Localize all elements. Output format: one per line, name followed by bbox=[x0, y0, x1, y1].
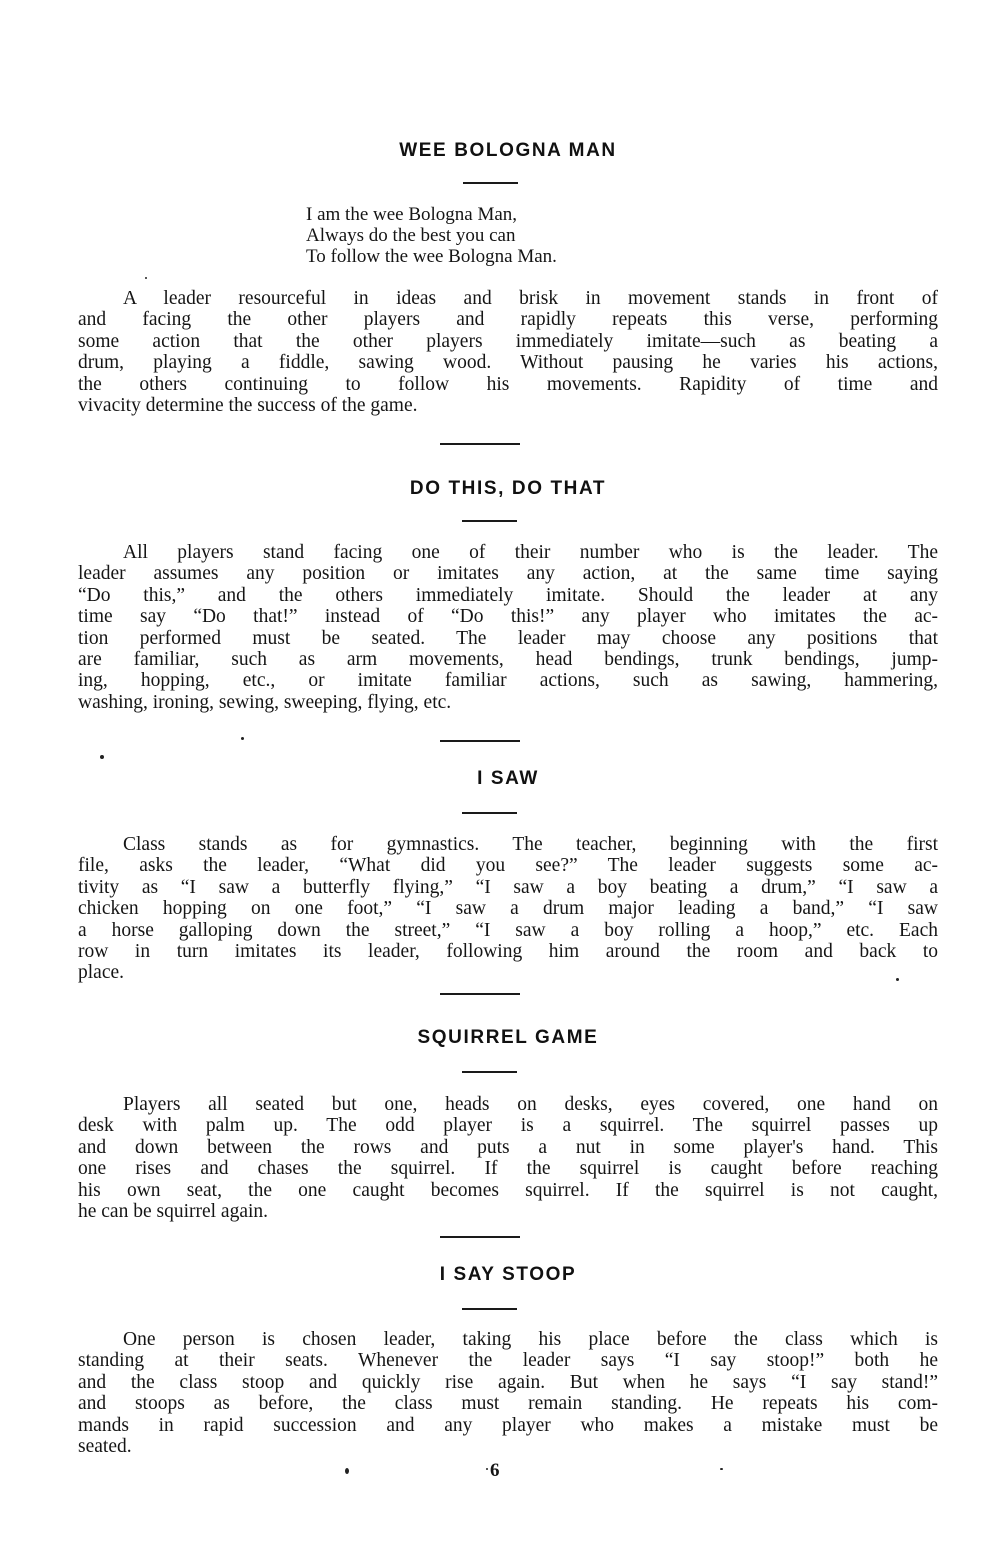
scan-speck bbox=[720, 1468, 723, 1470]
body-line: and down between the rows and puts a nut… bbox=[78, 1137, 938, 1158]
verse-line: Always do the best you can bbox=[306, 225, 557, 246]
body-line: some action that the other players immed… bbox=[78, 331, 938, 352]
scan-speck bbox=[145, 277, 147, 279]
body-line: and facing the other players and rapidly… bbox=[78, 309, 938, 330]
scan-speck bbox=[345, 1468, 349, 1474]
scan-speck bbox=[896, 978, 899, 981]
body-line: One person is chosen leader, taking his … bbox=[78, 1329, 938, 1350]
section-title-do-this-do-that: DO THIS, DO THAT bbox=[0, 478, 1000, 500]
body-line: All players stand facing one of their nu… bbox=[78, 542, 938, 563]
page-number: 6 bbox=[490, 1460, 500, 1482]
section-divider-rule bbox=[440, 740, 520, 742]
title-underline-rule bbox=[462, 1071, 517, 1073]
section-body-i-say-stoop: One person is chosen leader, taking his … bbox=[78, 1329, 938, 1457]
section-title-i-say-stoop: I SAY STOOP bbox=[0, 1264, 1000, 1286]
verse-line: To follow the wee Bologna Man. bbox=[306, 246, 557, 267]
body-line: leader assumes any position or imitates … bbox=[78, 563, 938, 584]
body-line: desk with palm up. The odd player is a s… bbox=[78, 1115, 938, 1136]
body-line: standing at their seats. Whenever the le… bbox=[78, 1350, 938, 1371]
document-page: WEE BOLOGNA MAN I am the wee Bologna Man… bbox=[0, 0, 1000, 1542]
body-line: “Do this,” and the others immediately im… bbox=[78, 585, 938, 606]
body-line: and the class stoop and quickly rise aga… bbox=[78, 1372, 938, 1393]
body-line: mands in rapid succession and any player… bbox=[78, 1415, 938, 1436]
section-title-wee-bologna-man: WEE BOLOGNA MAN bbox=[0, 140, 1000, 162]
section-divider-rule bbox=[440, 443, 520, 445]
body-line: the others continuing to follow his move… bbox=[78, 374, 938, 395]
body-line: drum, playing a fiddle, sawing wood. Wit… bbox=[78, 352, 938, 373]
body-line: one rises and chases the squirrel. If th… bbox=[78, 1158, 938, 1179]
body-line: file, asks the leader, “What did you see… bbox=[78, 855, 938, 876]
title-underline-rule bbox=[463, 182, 518, 184]
body-line: Players all seated but one, heads on des… bbox=[78, 1094, 938, 1115]
section-body-i-saw: Class stands as for gymnastics. The teac… bbox=[78, 834, 938, 984]
title-underline-rule bbox=[462, 520, 517, 522]
body-line: he can be squirrel again. bbox=[78, 1201, 938, 1222]
body-line: row in turn imitates its leader, followi… bbox=[78, 941, 938, 962]
body-line: tivity as “I saw a butterfly flying,” “I… bbox=[78, 877, 938, 898]
scan-speck bbox=[100, 755, 104, 759]
body-line: ing, hopping, etc., or imitate familiar … bbox=[78, 670, 938, 691]
body-line: Class stands as for gymnastics. The teac… bbox=[78, 834, 938, 855]
body-line: chicken hopping on one foot,” “I saw a d… bbox=[78, 898, 938, 919]
body-line: and stoops as before, the class must rem… bbox=[78, 1393, 938, 1414]
verse-line: I am the wee Bologna Man, bbox=[306, 204, 557, 225]
body-line: tion performed must be seated. The leade… bbox=[78, 628, 938, 649]
body-line: seated. bbox=[78, 1436, 938, 1457]
title-underline-rule bbox=[462, 1308, 517, 1310]
title-underline-rule bbox=[462, 812, 517, 814]
scan-speck bbox=[241, 737, 244, 740]
section-body-squirrel-game: Players all seated but one, heads on des… bbox=[78, 1094, 938, 1222]
body-line: time say “Do that!” instead of “Do this!… bbox=[78, 606, 938, 627]
body-line: his own seat, the one caught becomes squ… bbox=[78, 1180, 938, 1201]
section-divider-rule bbox=[440, 1236, 520, 1238]
verse-block: I am the wee Bologna Man, Always do the … bbox=[306, 204, 557, 267]
section-body-wee-bologna-man: A leader resourceful in ideas and brisk … bbox=[78, 288, 938, 416]
body-line: a horse galloping down the street,” “I s… bbox=[78, 920, 938, 941]
section-title-squirrel-game: SQUIRREL GAME bbox=[0, 1027, 1000, 1049]
section-title-i-saw: I SAW bbox=[0, 768, 1000, 790]
body-line: A leader resourceful in ideas and brisk … bbox=[78, 288, 938, 309]
section-divider-rule bbox=[440, 993, 520, 995]
section-body-do-this-do-that: All players stand facing one of their nu… bbox=[78, 542, 938, 713]
body-line: vivacity determine the success of the ga… bbox=[78, 395, 938, 416]
body-line: place. bbox=[78, 962, 938, 983]
scan-speck bbox=[486, 1468, 488, 1470]
body-line: are familiar, such as arm movements, hea… bbox=[78, 649, 938, 670]
body-line: washing, ironing, sewing, sweeping, flyi… bbox=[78, 692, 938, 713]
